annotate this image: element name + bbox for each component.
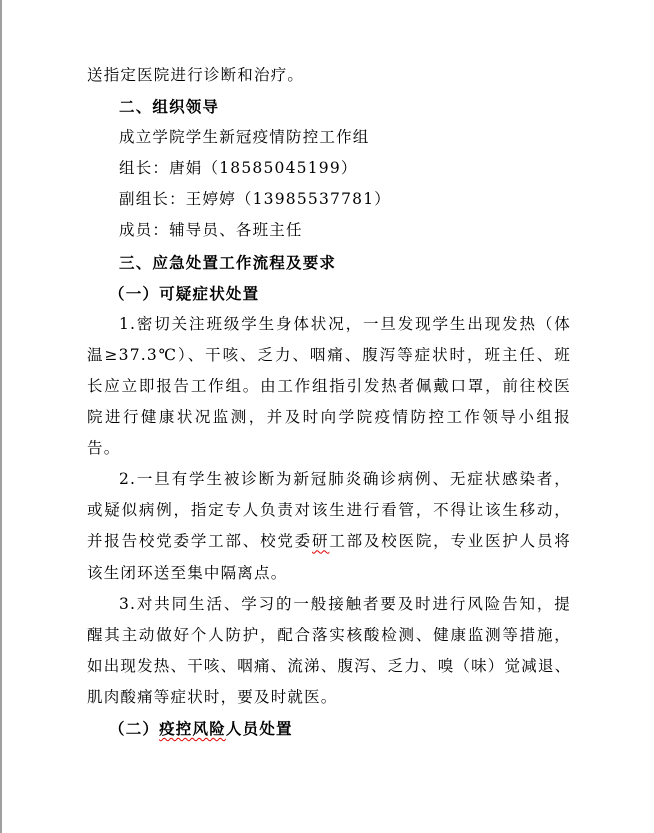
section-heading-leadership: 二、组织领导	[87, 91, 571, 122]
paragraph1-line: 院进行健康状况监测，并及时向学院疫情防控工作领导小组报	[87, 402, 571, 433]
paragraph3-line: 肌肉酸痛等症状时，要及时就医。	[87, 682, 571, 713]
body-text-line: 送指定医院进行诊断和治疗。	[87, 60, 571, 91]
paragraph1-line: 告。	[87, 433, 571, 464]
paragraph3-line: 如出现发热、干咳、咽痛、流涕、腹泻、乏力、嗅（味）觉减退、	[87, 651, 571, 682]
subheading-suffix: 人员处置	[226, 719, 293, 738]
paragraph3-line: 醒其主动做好个人防护，配合落实核酸检测、健康监测等措施，	[87, 620, 571, 651]
deputy-leader-line: 副组长：王婷婷（13985537781）	[87, 184, 571, 215]
spellcheck-flagged-word[interactable]: 研	[312, 532, 329, 550]
group-name: 成立学院学生新冠疫情防控工作组	[87, 122, 571, 153]
paragraph2-line: 2.一旦有学生被诊断为新冠肺炎确诊病例、无症状感染者，	[87, 464, 571, 495]
paragraph2-line: 并报告校党委学工部、校党委研工部及校医院，专业医护人员将	[87, 526, 571, 557]
paragraph2-text: 并报告校党委学工部、校党委	[87, 532, 312, 550]
paragraph1-line: 1.密切关注班级学生身体状况，一旦发现学生出现发热（体	[87, 309, 571, 340]
document-page: 送指定医院进行诊断和治疗。 二、组织领导 成立学院学生新冠疫情防控工作组 组长：…	[87, 60, 571, 744]
page-left-border	[0, 0, 2, 833]
paragraph3-line: 3.对共同生活、学习的一般接触者要及时进行风险告知，提	[87, 589, 571, 620]
subheading-risk-personnel: （二）疫控风险人员处置	[87, 713, 571, 744]
paragraph1-line: 温≥37.3℃）、干咳、乏力、咽痛、腹泻等症状时，班主任、班	[87, 340, 571, 371]
paragraph2-text: 工部及校医院，专业医护人员将	[329, 532, 571, 550]
section-heading-emergency: 三、应急处置工作流程及要求	[87, 247, 571, 278]
subheading-suspicious-symptoms: （一）可疑症状处置	[87, 278, 571, 309]
subheading-prefix: （二）	[109, 719, 159, 738]
leader-line: 组长：唐娟（18585045199）	[87, 153, 571, 184]
paragraph1-line: 长应立即报告工作组。由工作组指引发热者佩戴口罩，前往校医	[87, 371, 571, 402]
paragraph2-line: 该生闭环送至集中隔离点。	[87, 558, 571, 589]
members-line: 成员：辅导员、各班主任	[87, 215, 571, 246]
spellcheck-flagged-phrase[interactable]: 疫控风险	[159, 719, 226, 738]
paragraph2-line: 或疑似病例，指定专人负责对该生进行看管，不得让该生移动，	[87, 495, 571, 526]
